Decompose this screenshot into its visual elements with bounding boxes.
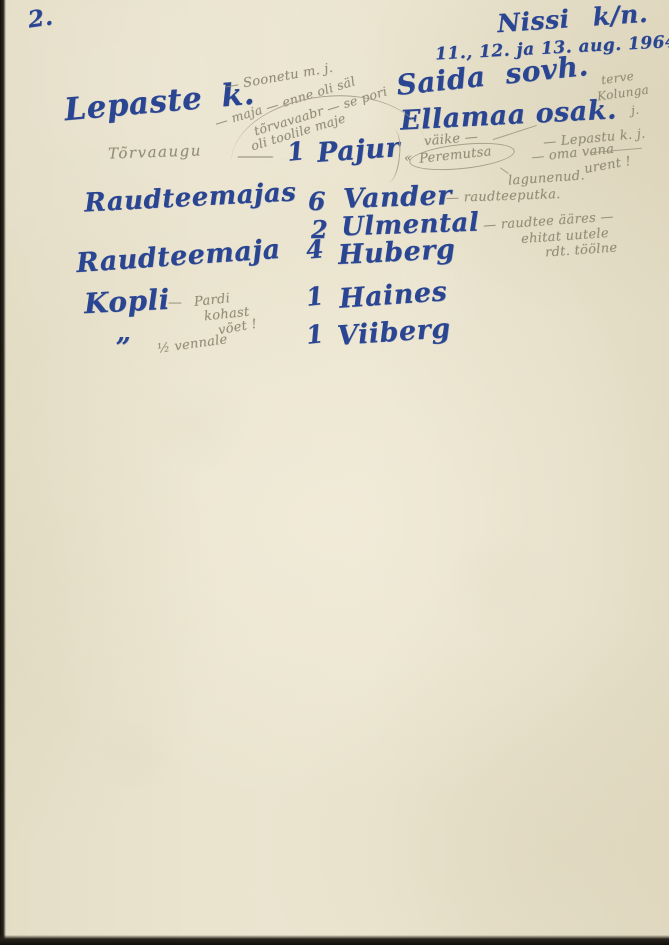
farm-name-line2: Ellamaa osak.: [399, 94, 617, 136]
pencil-note-vennale: ½ vennale: [156, 332, 228, 357]
entry-place: Tõrvaaugu: [108, 141, 202, 162]
entry-name: Huberg: [337, 234, 456, 271]
pencil-dash: —: [236, 146, 275, 165]
entry-count: 1: [286, 136, 307, 167]
entry-count: 6: [308, 187, 326, 216]
entry-count: 4: [305, 234, 325, 264]
entry-name: Viiberg: [336, 313, 452, 352]
entry-count: 1: [305, 281, 326, 312]
pencil-guillemet: «: [404, 151, 412, 166]
header-place: Nissi k/n.: [496, 0, 649, 38]
ditto-mark: „: [116, 318, 131, 348]
pencil-note-lagunenud: lagunenud.: [508, 168, 586, 188]
entry-name: Haines: [338, 276, 448, 314]
entry-place: Raudteemaja: [75, 234, 281, 279]
entry-place: Kopli: [83, 283, 170, 320]
entry-place: Raudteemajas: [83, 177, 297, 218]
page-number: 2.: [26, 3, 55, 33]
pencil-dash: —: [168, 295, 182, 311]
entry-count: 1: [305, 319, 326, 350]
scan-edge-left: [0, 0, 6, 945]
scan-edge-bottom: [0, 935, 669, 945]
scanned-page: 2. Nissi k/n. 11., 12. ja 13. aug. 1964.…: [0, 0, 669, 945]
entry-name: Pajur: [316, 132, 401, 169]
pencil-note-kolunga-line3: j.: [630, 103, 640, 118]
pencil-note-raudteeputka: — raudteeputka.: [446, 187, 561, 206]
